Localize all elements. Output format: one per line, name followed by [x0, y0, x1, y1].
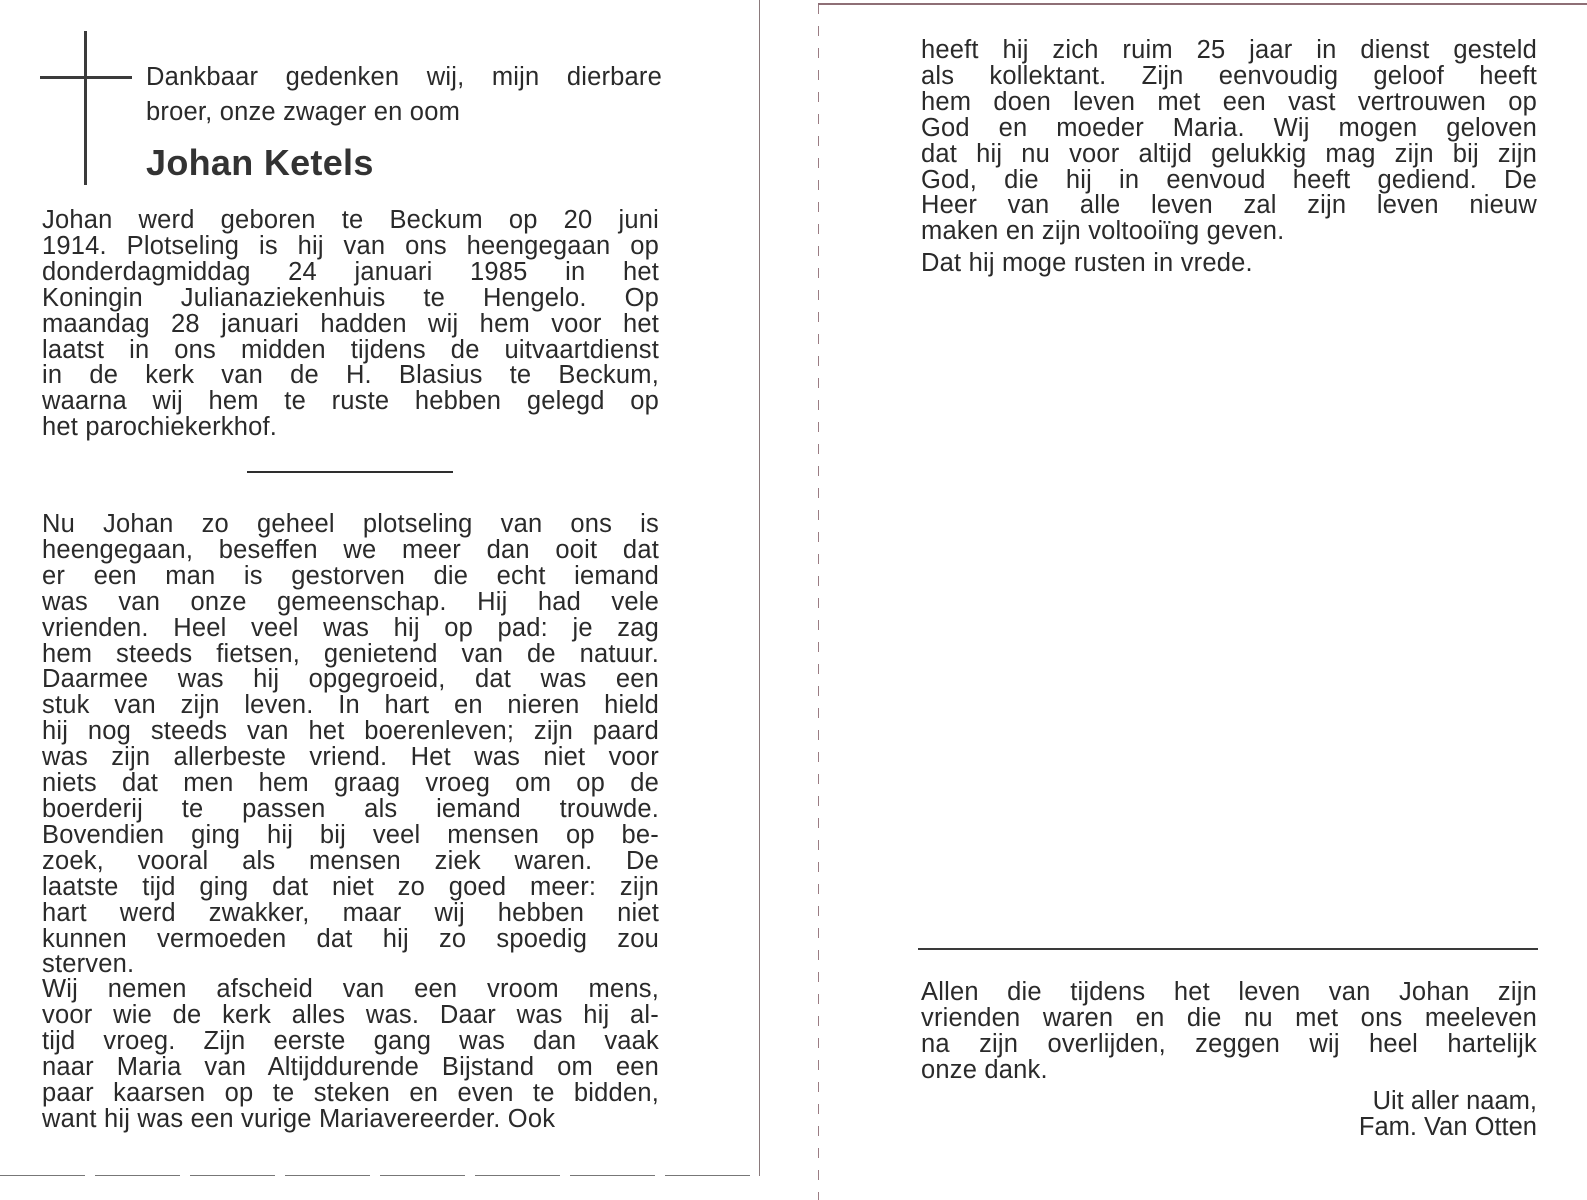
- text-line: waarna wij hem te ruste hebben gelegd op: [42, 389, 659, 415]
- text-line: donderdagmiddag 24 januari 1985 in het: [42, 260, 659, 286]
- text-line: hart werd zwakker, maar wij hebben niet: [42, 901, 659, 927]
- intro-line: Dankbaar gedenken wij, mijn dierbare: [146, 60, 662, 95]
- section-divider: [918, 948, 1538, 950]
- text-line: zoek, vooral als mensen ziek waren. De: [42, 849, 659, 875]
- text-line: paar kaarsen op te steken en even te bid…: [42, 1081, 659, 1107]
- text-line: God en moeder Maria. Wij mogen geloven: [921, 116, 1537, 142]
- text-line: maandag 28 januari hadden wij hem voor h…: [42, 312, 659, 338]
- text-line: Daarmee was hij opgegroeid, dat was een: [42, 667, 659, 693]
- left-card-right-edge: [759, 0, 760, 1176]
- section-divider: [247, 471, 453, 473]
- paragraph-faith: Wij nemen afscheid van een vroom mens,vo…: [42, 977, 659, 1132]
- text-line: was zijn allerbeste vriend. Het was niet…: [42, 745, 659, 771]
- cross-horizontal-bar: [40, 76, 132, 79]
- text-line: hem steeds fietsen, genietend van de nat…: [42, 642, 659, 668]
- text-line: heeft hij zich ruim 25 jaar in dienst ge…: [921, 38, 1537, 64]
- intro-line: broer, onze zwager en oom: [146, 95, 662, 130]
- intro-text: Dankbaar gedenken wij, mijn dierbare bro…: [146, 60, 662, 130]
- text-line: Koningin Julianaziekenhuis te Hengelo. O…: [42, 286, 659, 312]
- right-card-top-edge: [818, 3, 1587, 5]
- deceased-name: Johan Ketels: [146, 142, 374, 184]
- text-line: Nu Johan zo geheel plotseling van ons is: [42, 512, 659, 538]
- text-line: tijd vroeg. Zijn eerste gang was dan vaa…: [42, 1029, 659, 1055]
- text-line: Wij nemen afscheid van een vroom mens,: [42, 977, 659, 1003]
- text-line: laatste tijd ging dat niet zo goed meer:…: [42, 875, 659, 901]
- text-line: heengegaan, beseffen we meer dan ooit da…: [42, 538, 659, 564]
- text-line: het parochiekerkhof.: [42, 415, 659, 441]
- text-line: maken en zijn voltooiïng geven.: [921, 219, 1537, 245]
- paragraph-rest-in-peace: Dat hij moge rusten in vrede.: [921, 251, 1537, 277]
- signature-family: Fam. Van Otten: [1200, 1114, 1537, 1140]
- text-line: Dat hij moge rusten in vrede.: [921, 251, 1537, 277]
- text-line: Bovendien ging hij bij veel mensen op be…: [42, 823, 659, 849]
- text-line: Johan werd geboren te Beckum op 20 juni: [42, 208, 659, 234]
- signature-line: Uit aller naam,: [1200, 1088, 1537, 1114]
- text-line: onze dank.: [921, 1058, 1537, 1084]
- text-line: hij nog steeds van het boerenleven; zijn…: [42, 719, 659, 745]
- text-line: 1914. Plotseling is hij van ons heengega…: [42, 234, 659, 260]
- text-line: niets dat men hem graag vroeg om op de: [42, 771, 659, 797]
- paragraph-biography: Johan werd geboren te Beckum op 20 juni1…: [42, 208, 659, 441]
- text-line: hem doen leven met een vast vertrouwen o…: [921, 90, 1537, 116]
- text-line: want hij was een vurige Mariavereerder. …: [42, 1107, 659, 1133]
- text-line: vrienden. Heel veel was hij op pad: je z…: [42, 616, 659, 642]
- text-line: Allen die tijdens het leven van Johan zi…: [921, 980, 1537, 1006]
- text-line: er een man is gestorven die echt iemand: [42, 564, 659, 590]
- text-line: dat hij nu voor altijd gelukkig mag zijn…: [921, 142, 1537, 168]
- text-line: God, die hij in eenvoud heeft gediend. D…: [921, 168, 1537, 194]
- cross-vertical-bar: [84, 31, 87, 185]
- text-line: voor wie de kerk alles was. Daar was hij…: [42, 1003, 659, 1029]
- paragraph-thanks: Allen die tijdens het leven van Johan zi…: [921, 980, 1537, 1084]
- right-card-left-edge: [818, 4, 819, 1200]
- text-line: in de kerk van de H. Blasius te Beckum,: [42, 363, 659, 389]
- paragraph-faith-continued: heeft hij zich ruim 25 jaar in dienst ge…: [921, 38, 1537, 245]
- signature: Uit aller naam, Fam. Van Otten: [1200, 1088, 1537, 1140]
- text-line: na zijn overlijden, zeggen wij heel hart…: [921, 1032, 1537, 1058]
- text-line: kunnen vermoeden dat hij zo spoedig zou: [42, 927, 659, 953]
- text-line: als kollektant. Zijn eenvoudig geloof he…: [921, 64, 1537, 90]
- text-line: stuk van zijn leven. In hart en nieren h…: [42, 693, 659, 719]
- text-line: naar Maria van Altijddurende Bijstand om…: [42, 1055, 659, 1081]
- paragraph-tribute: Nu Johan zo geheel plotseling van ons is…: [42, 512, 659, 978]
- text-line: laatst in ons midden tijdens de uitvaart…: [42, 338, 659, 364]
- left-card-bottom-edge: [0, 1175, 760, 1176]
- text-line: vrienden waren en die nu met ons meeleve…: [921, 1006, 1537, 1032]
- text-line: Heer van alle leven zal zijn leven nieuw: [921, 193, 1537, 219]
- text-line: boerderij te passen als iemand trouwde.: [42, 797, 659, 823]
- text-line: was van onze gemeenschap. Hij had vele: [42, 590, 659, 616]
